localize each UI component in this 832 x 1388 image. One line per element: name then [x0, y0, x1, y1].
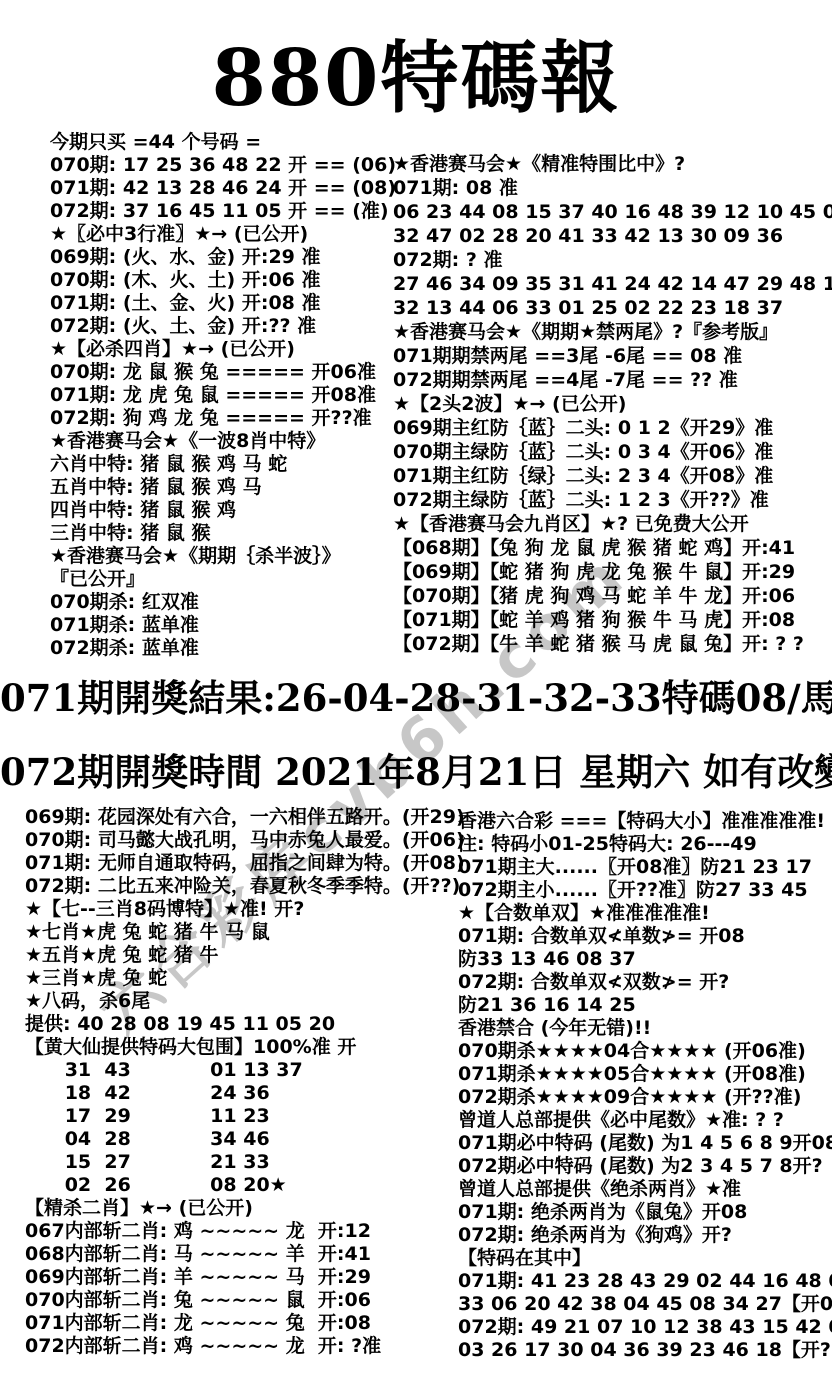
text-line: 070内部斩二肖: 兔 ~~~~~ 鼠 开:06: [25, 1289, 453, 1312]
text-line: 071期主红防｛绿｝二头: 2 3 4《开08》准: [393, 464, 825, 488]
text-line: 070期: 龙 鼠 猴 兔 ===== 开06准: [50, 361, 395, 384]
text-line: 072期主绿防｛蓝｝二头: 1 2 3《开??》准: [393, 488, 825, 512]
text-line: ★香港赛马会★《期期★禁两尾》?『参考版』: [393, 320, 825, 344]
text-line: 067内部斩二肖: 鸡 ~~~~~ 龙 开:12: [25, 1220, 453, 1243]
text-line: 02 26 08 20★: [25, 1174, 453, 1197]
text-line: 068内部斩二肖: 马 ~~~~~ 羊 开:41: [25, 1243, 453, 1266]
text-line: 072内部斩二肖: 鸡 ~~~~~ 龙 开: ?准: [25, 1335, 453, 1358]
text-line: ★五肖★虎 兔 蛇 猪 牛: [25, 944, 453, 967]
text-line: 070期: 17 25 36 48 22 开 == (06): [50, 154, 395, 177]
text-line: 五肖中特: 猪 鼠 猴 鸡 马: [50, 476, 395, 499]
bottom-left-column: 069期: 花园深处有六合，一六相伴五路开。(开29)070期: 司马懿大战孔明…: [25, 806, 453, 1358]
text-line: 069期主红防｛蓝｝二头: 0 1 2《开29》准: [393, 416, 825, 440]
text-line: 071期: 41 23 28 43 29 02 44 16 48 05: [458, 1270, 828, 1293]
text-line: 070期主绿防｛蓝｝二头: 0 3 4《开06》准: [393, 440, 825, 464]
text-line: 072期: 二比五来冲险关，春夏秋冬季季特。(开??): [25, 875, 453, 898]
text-line: 三肖中特: 猪 鼠 猴: [50, 522, 395, 545]
text-line: 【072期】【牛 羊 蛇 猪 猴 马 虎 鼠 兔】开: ? ?: [393, 632, 825, 656]
bottom-right-column: 香港六合彩 ===【特码大小】准准准准准!注: 特码小01-25特码大: 26-…: [458, 810, 828, 1362]
text-line: 072期: 37 16 45 11 05 开 == (准): [50, 200, 395, 223]
top-right-column: ★香港赛马会★《精准特围比中》?071期: 08 准06 23 44 08 15…: [393, 152, 825, 656]
text-line: 04 28 34 46: [25, 1128, 453, 1151]
text-line: 071期: 08 准: [393, 176, 825, 200]
text-line: 18 42 24 36: [25, 1082, 453, 1105]
text-line: 071内部斩二肖: 龙 ~~~~~ 兔 开:08: [25, 1312, 453, 1335]
text-line: 072期杀★★★★09合★★★★ (开??准): [458, 1086, 828, 1109]
text-line: 069期: (火、水、金) 开:29 准: [50, 246, 395, 269]
text-line: ★七肖★虎 兔 蛇 猪 牛 马 鼠: [25, 921, 453, 944]
text-line: 曾道人总部提供《绝杀两肖》★准: [458, 1178, 828, 1201]
text-line: 『已公开』: [50, 568, 395, 591]
text-line: ★【合数单双】★准准准准准!: [458, 902, 828, 925]
newspaper-page: 六合彩库cvb6h.com 880特碼報 今期只买 =44 个号码 =070期:…: [0, 0, 832, 1388]
text-line: 【070期】【猪 虎 狗 鸡 马 蛇 羊 牛 龙】开:06: [393, 584, 825, 608]
text-line: ★香港赛马会★《期期｛杀半波｝》: [50, 545, 395, 568]
text-line: ★香港赛马会★《一波8肖中特》: [50, 430, 395, 453]
text-line: ★【必杀四肖】★→ (已公开): [50, 338, 395, 361]
text-line: 四肖中特: 猪 鼠 猴 鸡: [50, 499, 395, 522]
text-line: 香港禁合 (今年无错)!!: [458, 1017, 828, 1040]
text-line: 31 43 01 13 37: [25, 1059, 453, 1082]
text-line: ★【2头2波】★→ (已公开): [393, 392, 825, 416]
text-line: 070期: (木、火、土) 开:06 准: [50, 269, 395, 292]
text-line: 071期: 龙 虎 兔 鼠 ===== 开08准: [50, 384, 395, 407]
top-left-column: 今期只买 =44 个号码 =070期: 17 25 36 48 22 开 == …: [50, 131, 395, 660]
text-line: 070期杀★★★★04合★★★★ (开06准): [458, 1040, 828, 1063]
text-line: 072期: 狗 鸡 龙 兔 ===== 开??准: [50, 407, 395, 430]
text-line: 069期: 花园深处有六合，一六相伴五路开。(开29): [25, 806, 453, 829]
text-line: ★八码，杀6尾: [25, 990, 453, 1013]
text-line: 【黄大仙提供特码大包围】100%准 开: [25, 1036, 453, 1059]
text-line: 32 47 02 28 20 41 33 42 13 30 09 36: [393, 224, 825, 248]
text-line: 32 13 44 06 33 01 25 02 22 23 18 37: [393, 296, 825, 320]
text-line: 03 26 17 30 04 36 39 23 46 18【开??】: [458, 1339, 828, 1362]
text-line: 071期必中特码 (尾数) 为1 4 5 6 8 9开08: [458, 1132, 828, 1155]
text-line: 071期: 42 13 28 46 24 开 == (08): [50, 177, 395, 200]
text-line: 072期主小......〖开??准〗防27 33 45: [458, 879, 828, 902]
text-line: 【069期】【蛇 猪 狗 虎 龙 兔 猴 牛 鼠】开:29: [393, 560, 825, 584]
text-line: 曾道人总部提供《必中尾数》★准: ? ?: [458, 1109, 828, 1132]
text-line: 071期: 无师自通取特码，屈指之间肆为特。(开08): [25, 852, 453, 875]
text-line: 06 23 44 08 15 37 40 16 48 39 12 10 45 0…: [393, 200, 825, 224]
text-line: 072期: (火、土、金) 开:?? 准: [50, 315, 395, 338]
text-line: 【071期】【蛇 羊 鸡 猪 狗 猴 牛 马 虎】开:08: [393, 608, 825, 632]
text-line: 【068期】【兔 狗 龙 鼠 虎 猴 猪 蛇 鸡】开:41: [393, 536, 825, 560]
text-line: 香港六合彩 ===【特码大小】准准准准准!: [458, 810, 828, 833]
text-line: 【特码在其中】: [458, 1247, 828, 1270]
text-line: 15 27 21 33: [25, 1151, 453, 1174]
text-line: 072期: 合数单双≮双数≯= 开?: [458, 971, 828, 994]
text-line: 071期杀: 蓝单准: [50, 614, 395, 637]
text-line: 071期期禁两尾 ==3尾 -6尾 == 08 准: [393, 344, 825, 368]
next-draw-time-banner: 072期開獎時間 2021年8月21日 星期六 如有改變另行通知!: [0, 742, 832, 796]
text-line: 071期: 合数单双≮单数≯= 开08: [458, 925, 828, 948]
text-line: 防21 36 16 14 25: [458, 994, 828, 1017]
text-line: 072期杀: 蓝单准: [50, 637, 395, 660]
text-line: 071期杀★★★★05合★★★★ (开08准): [458, 1063, 828, 1086]
text-line: 069内部斩二肖: 羊 ~~~~~ 马 开:29: [25, 1266, 453, 1289]
text-line: 17 29 11 23: [25, 1105, 453, 1128]
text-line: 072期期禁两尾 ==4尾 -7尾 == ?? 准: [393, 368, 825, 392]
text-line: 【精杀二肖】★→ (已公开): [25, 1197, 453, 1220]
draw-result-banner: 071期開獎結果:26-04-28-31-32-33特碼08/馬/紅/金: [0, 668, 832, 722]
text-line: 071期: (土、金、火) 开:08 准: [50, 292, 395, 315]
text-line: ★【香港赛马会九肖区】★? 已免费大公开: [393, 512, 825, 536]
text-line: 六肖中特: 猪 鼠 猴 鸡 马 蛇: [50, 453, 395, 476]
text-line: 注: 特码小01-25特码大: 26---49: [458, 833, 828, 856]
text-line: 072期: 49 21 07 10 12 38 43 15 42 06: [458, 1316, 828, 1339]
text-line: 27 46 34 09 35 31 41 24 42 14 47 29 48 1…: [393, 272, 825, 296]
text-line: 070期杀: 红双准: [50, 591, 395, 614]
text-line: ★〖必中3行准〗★→ (已公开): [50, 223, 395, 246]
text-line: 070期: 司马懿大战孔明，马中赤兔人最爱。(开06): [25, 829, 453, 852]
text-line: ★三肖★虎 兔 蛇: [25, 967, 453, 990]
text-line: 防33 13 46 08 37: [458, 948, 828, 971]
text-line: ★香港赛马会★《精准特围比中》?: [393, 152, 825, 176]
page-title: 880特碼報: [0, 16, 832, 128]
text-line: ★【七--三肖8码博特】★准! 开?: [25, 898, 453, 921]
text-line: 072期必中特码 (尾数) 为2 3 4 5 7 8开?: [458, 1155, 828, 1178]
text-line: 072期: ? 准: [393, 248, 825, 272]
text-line: 今期只买 =44 个号码 =: [50, 131, 395, 154]
text-line: 33 06 20 42 38 04 45 08 34 27【开08】: [458, 1293, 828, 1316]
text-line: 071期主大......〖开08准〗防21 23 17: [458, 856, 828, 879]
text-line: 072期: 绝杀两肖为《狗鸡》开?: [458, 1224, 828, 1247]
text-line: 提供: 40 28 08 19 45 11 05 20: [25, 1013, 453, 1036]
text-line: 071期: 绝杀两肖为《鼠兔》开08: [458, 1201, 828, 1224]
